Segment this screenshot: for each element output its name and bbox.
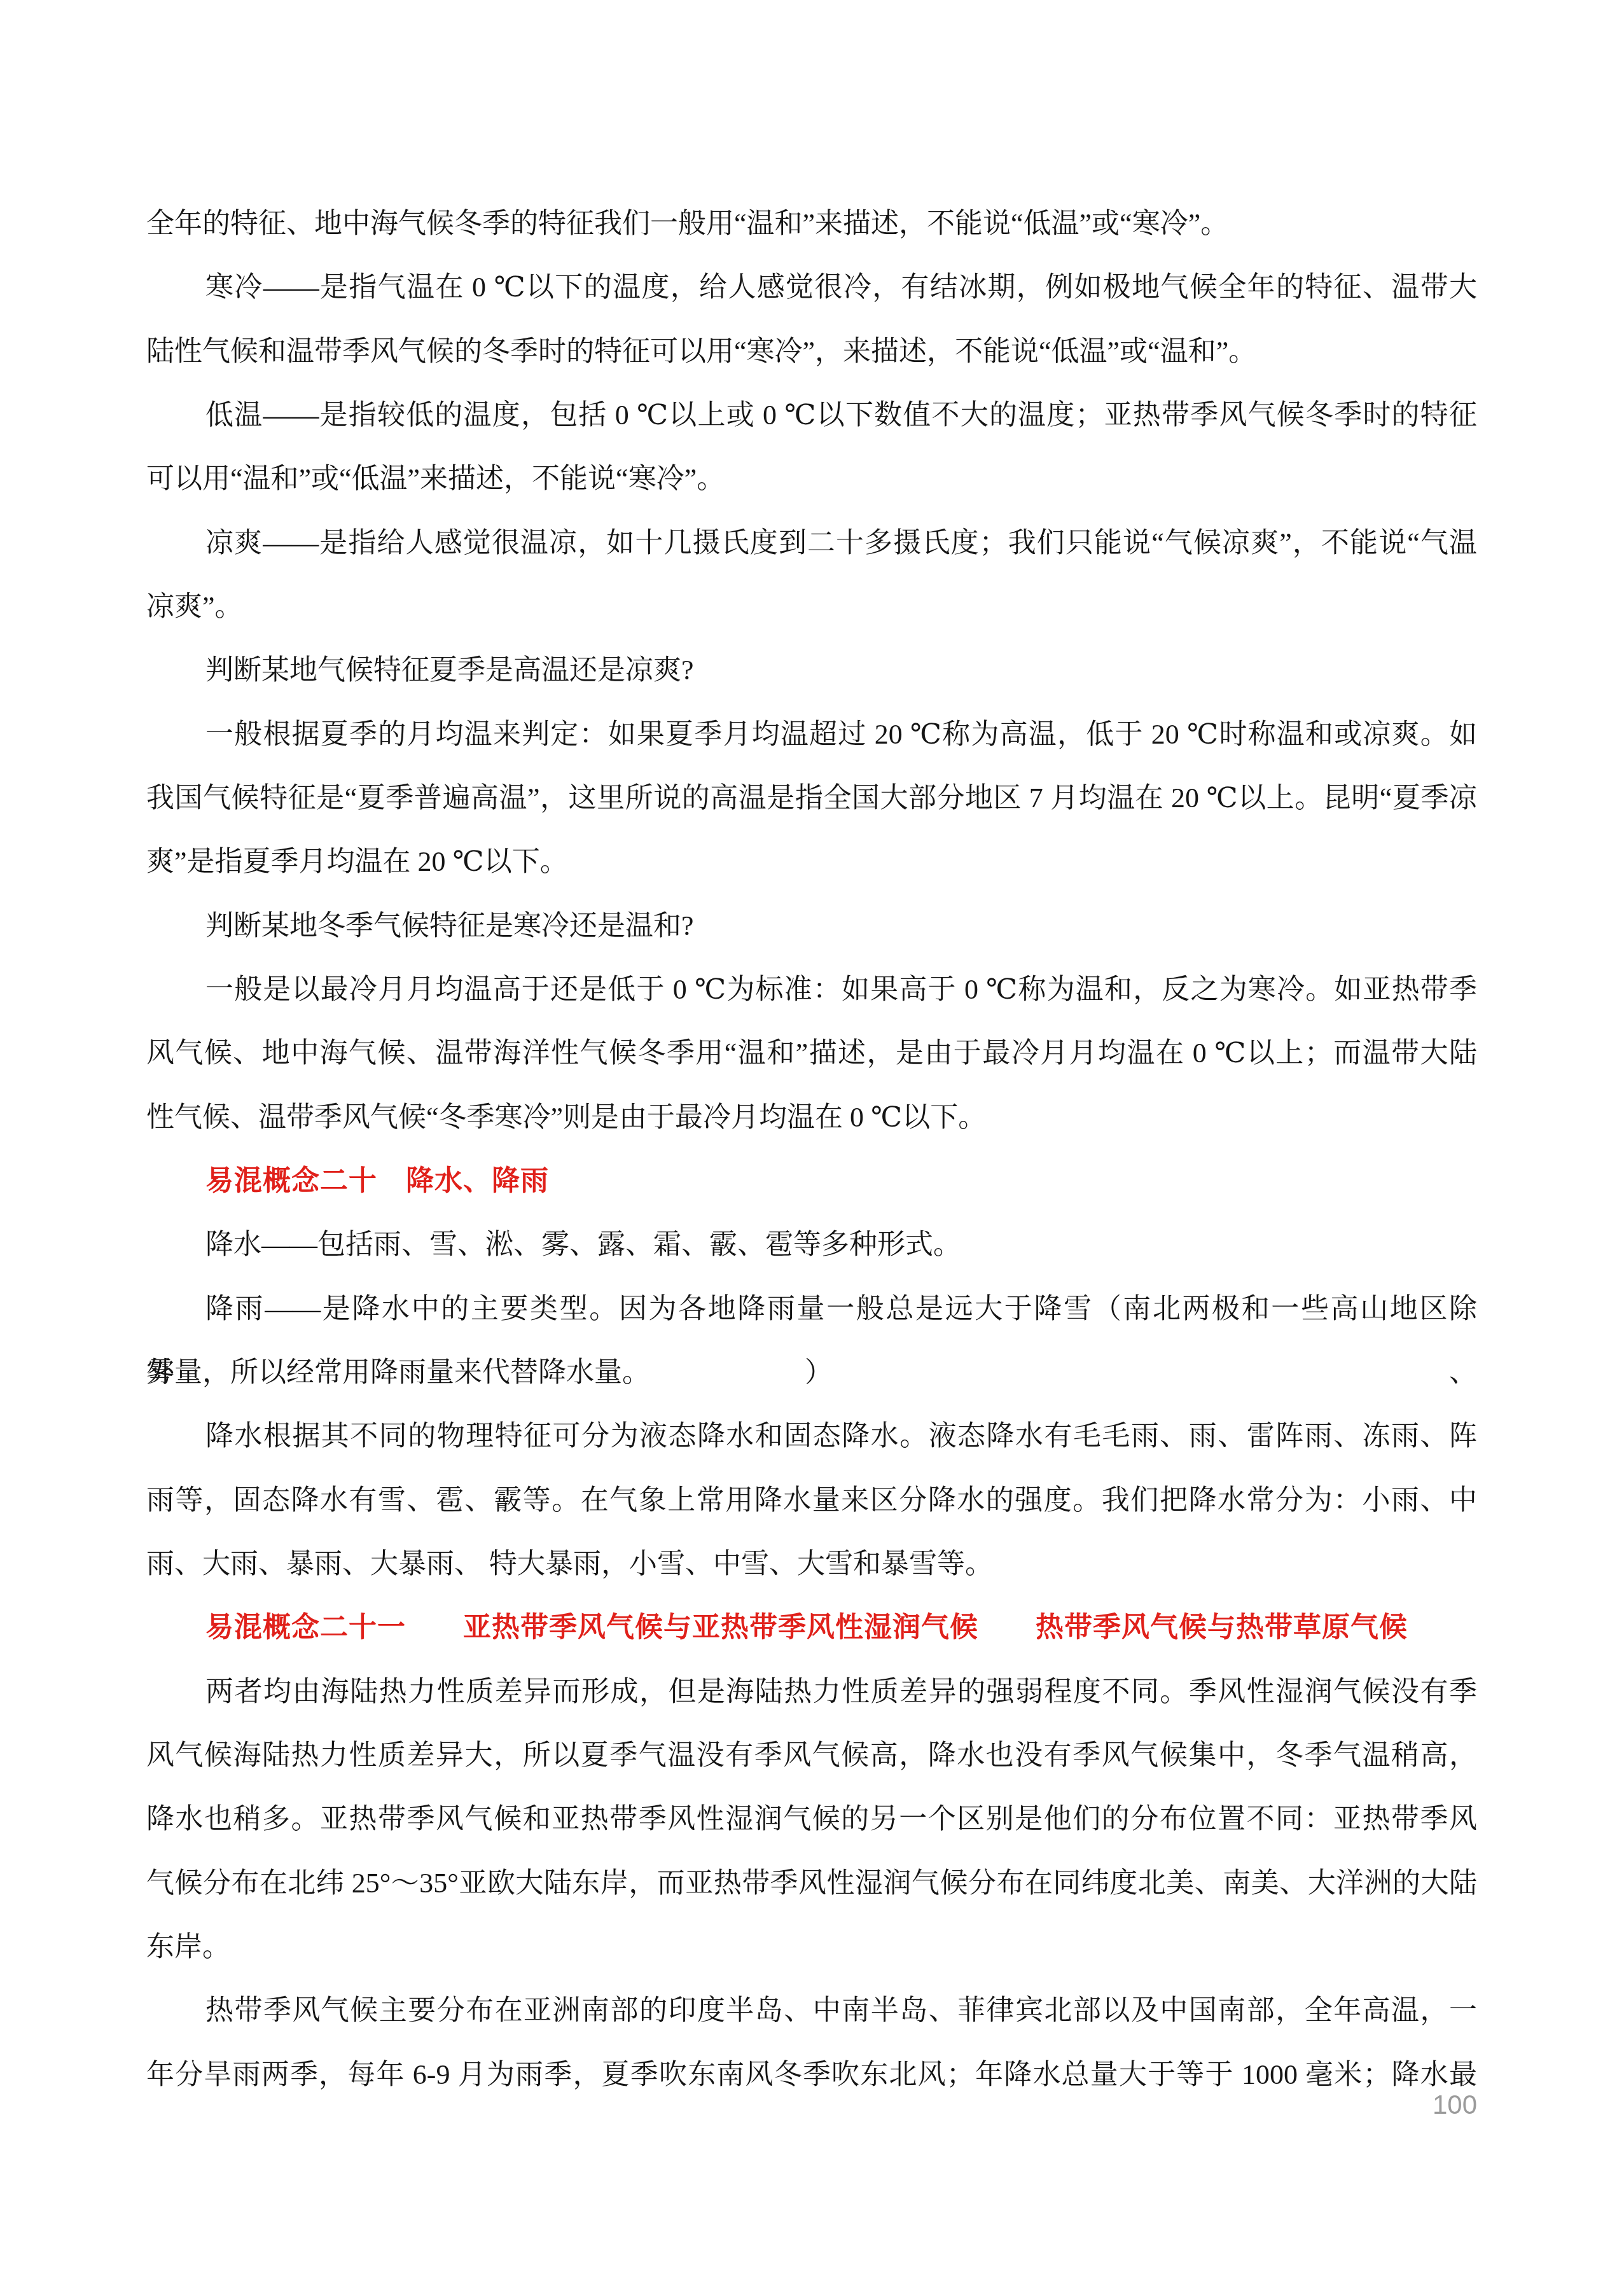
text-line: 判断某地冬季气候特征是寒冷还是温和? (146, 894, 1477, 958)
text-line: 可以用“温和”或“低温”来描述，不能说“寒冷”。 (146, 447, 1477, 511)
text-line: 降水根据其不同的物理特征可分为液态降水和固态降水。液态降水有毛毛雨、雨、雷阵雨、… (146, 1405, 1477, 1468)
text-line: 雨等，固态降水有雪、雹、霰等。在气象上常用降水量来区分降水的强度。我们把降水常分… (146, 1469, 1477, 1532)
text-line: 性气候、温带季风气候“冬季寒冷”则是由于最冷月均温在 0 ℃以下。 (146, 1086, 1477, 1149)
text-line: 东岸。 (146, 1915, 1477, 1979)
text-line: 低温——是指较低的温度，包括 0 ℃以上或 0 ℃以下数值不大的温度；亚热带季风… (146, 384, 1477, 447)
text-line: 风气候海陆热力性质差异大，所以夏季气温没有季风气候高，降水也没有季风气候集中，冬… (146, 1724, 1477, 1787)
text-line: 两者均由海陆热力性质差异而形成，但是海陆热力性质差异的强弱程度不同。季风性湿润气… (146, 1660, 1477, 1724)
text-line: 一般是以最冷月月均温高于还是低于 0 ℃为标准：如果高于 0 ℃称为温和，反之为… (146, 958, 1477, 1022)
text-line: 降水——包括雨、雪、淞、雾、露、霜、霰、雹等多种形式。 (146, 1213, 1477, 1277)
text-line: 降水也稍多。亚热带季风气候和亚热带季风性湿润气候的另一个区别是他们的分布位置不同… (146, 1787, 1477, 1851)
text-line: 全年的特征、地中海气候冬季的特征我们一般用“温和”来描述，不能说“低温”或“寒冷… (146, 192, 1477, 256)
text-line: 热带季风气候主要分布在亚洲南部的印度半岛、中南半岛、菲律宾北部以及中国南部，全年… (146, 1979, 1477, 2043)
section-heading: 易混概念二十 降水、降雨 (146, 1149, 1477, 1213)
text-line: 雨、大雨、暴雨、大暴雨、 特大暴雨，小雪、中雪、大雪和暴雪等。 (146, 1532, 1477, 1596)
section-heading: 易混概念二十一 亚热带季风气候与亚热带季风性湿润气候 热带季风气候与热带草原气候 (146, 1596, 1477, 1660)
text-line: 一般根据夏季的月均温来判定：如果夏季月均温超过 20 ℃称为高温，低于 20 ℃… (146, 703, 1477, 767)
text-line: 凉爽”。 (146, 575, 1477, 639)
text-line: 风气候、地中海气候、温带海洋性气候冬季用“温和”描述，是由于最冷月月均温在 0 … (146, 1022, 1477, 1085)
text-line: 气候分布在北纬 25°～35°亚欧大陆东岸，而亚热带季风性湿润气候分布在同纬度北… (146, 1852, 1477, 1915)
text-line: 凉爽——是指给人感觉很温凉，如十几摄氏度到二十多摄氏度；我们只能说“气候凉爽”，… (146, 511, 1477, 575)
text-line: 判断某地气候特征夏季是高温还是凉爽? (146, 639, 1477, 702)
text-line: 爽”是指夏季月均温在 20 ℃以下。 (146, 830, 1477, 894)
page-number: 100 (146, 2092, 1477, 2118)
text-line: 我国气候特征是“夏季普遍高温”，这里所说的高温是指全国大部分地区 7 月均温在 … (146, 767, 1477, 830)
text-line: 寒冷——是指气温在 0 ℃以下的温度，给人感觉很冷，有结冰期，例如极地气候全年的… (146, 256, 1477, 319)
text-line: 降雨——是降水中的主要类型。因为各地降雨量一般总是远大于降雪（南北两极和一些高山… (146, 1277, 1477, 1341)
text-line: 陆性气候和温带季风气候的冬季时的特征可以用“寒冷”，来描述，不能说“低温”或“温… (146, 320, 1477, 384)
document-page: 全年的特征、地中海气候冬季的特征我们一般用“温和”来描述，不能说“低温”或“寒冷… (0, 0, 1624, 2290)
document-body: 全年的特征、地中海气候冬季的特征我们一般用“温和”来描述，不能说“低温”或“寒冷… (146, 192, 1477, 2107)
